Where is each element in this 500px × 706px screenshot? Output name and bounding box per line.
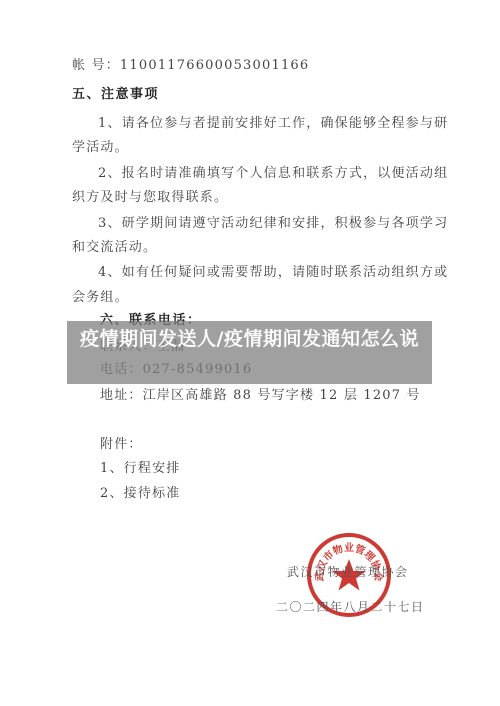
note-1-line-2: 学活动。: [72, 140, 129, 156]
note-3-line-1: 3、研学期间请遵守活动纪律和安排，积极参与各项学习: [98, 216, 448, 232]
overlay-title: 疫情期间发送人/疫情期间发通知怎么说: [67, 327, 432, 352]
signature-date: 二〇二四年八月二十七日: [276, 598, 425, 615]
note-4-line-2: 会务组。: [72, 290, 129, 306]
signature-organization: 武汉市物业管理协会: [287, 563, 409, 580]
account-number-line: 帐 号：11001176600053001166: [72, 58, 309, 74]
attachment-item-1: 1、行程安排: [100, 461, 180, 477]
note-2-line-1: 2、报名时请准确填写个人信息和联系方式，以便活动组: [98, 166, 448, 182]
attachment-item-2: 2、接待标准: [100, 486, 180, 502]
address-line: 地址：江岸区高雄路 88 号写字楼 12 层 1207 号: [100, 388, 421, 404]
note-3-line-2: 和交流活动。: [72, 240, 157, 256]
note-2-line-2: 织方及时与您取得联系。: [72, 190, 228, 206]
note-4-line-1: 4、如有任何疑问或需要帮助，请随时联系活动组织方或: [98, 265, 448, 281]
attachments-label: 附件：: [100, 437, 143, 453]
title-overlay-banner: 疫情期间发送人/疫情期间发通知怎么说: [67, 321, 432, 384]
note-1-line-1: 1、请各位参与者提前安排好工作，确保能够全程参与研: [98, 116, 448, 132]
section-5-heading: 五、注意事项: [72, 87, 159, 103]
